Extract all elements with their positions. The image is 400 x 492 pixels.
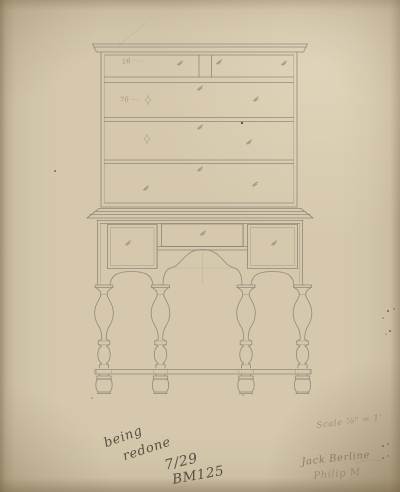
lower-right-drawer (248, 225, 298, 269)
ball-foot (96, 375, 112, 394)
upper-case (93, 44, 308, 207)
lower-case (97, 221, 303, 286)
apron-left-arch (110, 272, 153, 286)
cornice (93, 44, 308, 52)
aged-paper-sheet: 16 76 being redone 7/29 BM125 S (0, 0, 400, 492)
sketch-number-mid: 76 (120, 95, 130, 104)
paper-crease-line (118, 23, 146, 46)
waist-molding (87, 209, 313, 219)
turned-leg (293, 285, 312, 368)
escutcheon-mark (144, 134, 150, 144)
sketch-scribbles: 16 76 (120, 57, 144, 104)
escutcheon-mark (145, 95, 151, 105)
turned-leg (95, 285, 114, 368)
apron-right-arch (251, 272, 294, 286)
turned-leg (237, 285, 256, 368)
lower-left-drawer (108, 225, 158, 269)
turned-leg (151, 285, 170, 368)
top-drawer-divider (199, 55, 212, 77)
ball-foot (152, 375, 168, 394)
ball-foot (238, 375, 254, 394)
legs-and-stretchers (95, 285, 312, 394)
sketch-number-top: 16 (121, 57, 131, 66)
hardware-position-ticks (126, 60, 287, 245)
ball-foot (294, 375, 310, 394)
stretcher-rail (95, 370, 311, 375)
paper-specks (54, 122, 395, 459)
